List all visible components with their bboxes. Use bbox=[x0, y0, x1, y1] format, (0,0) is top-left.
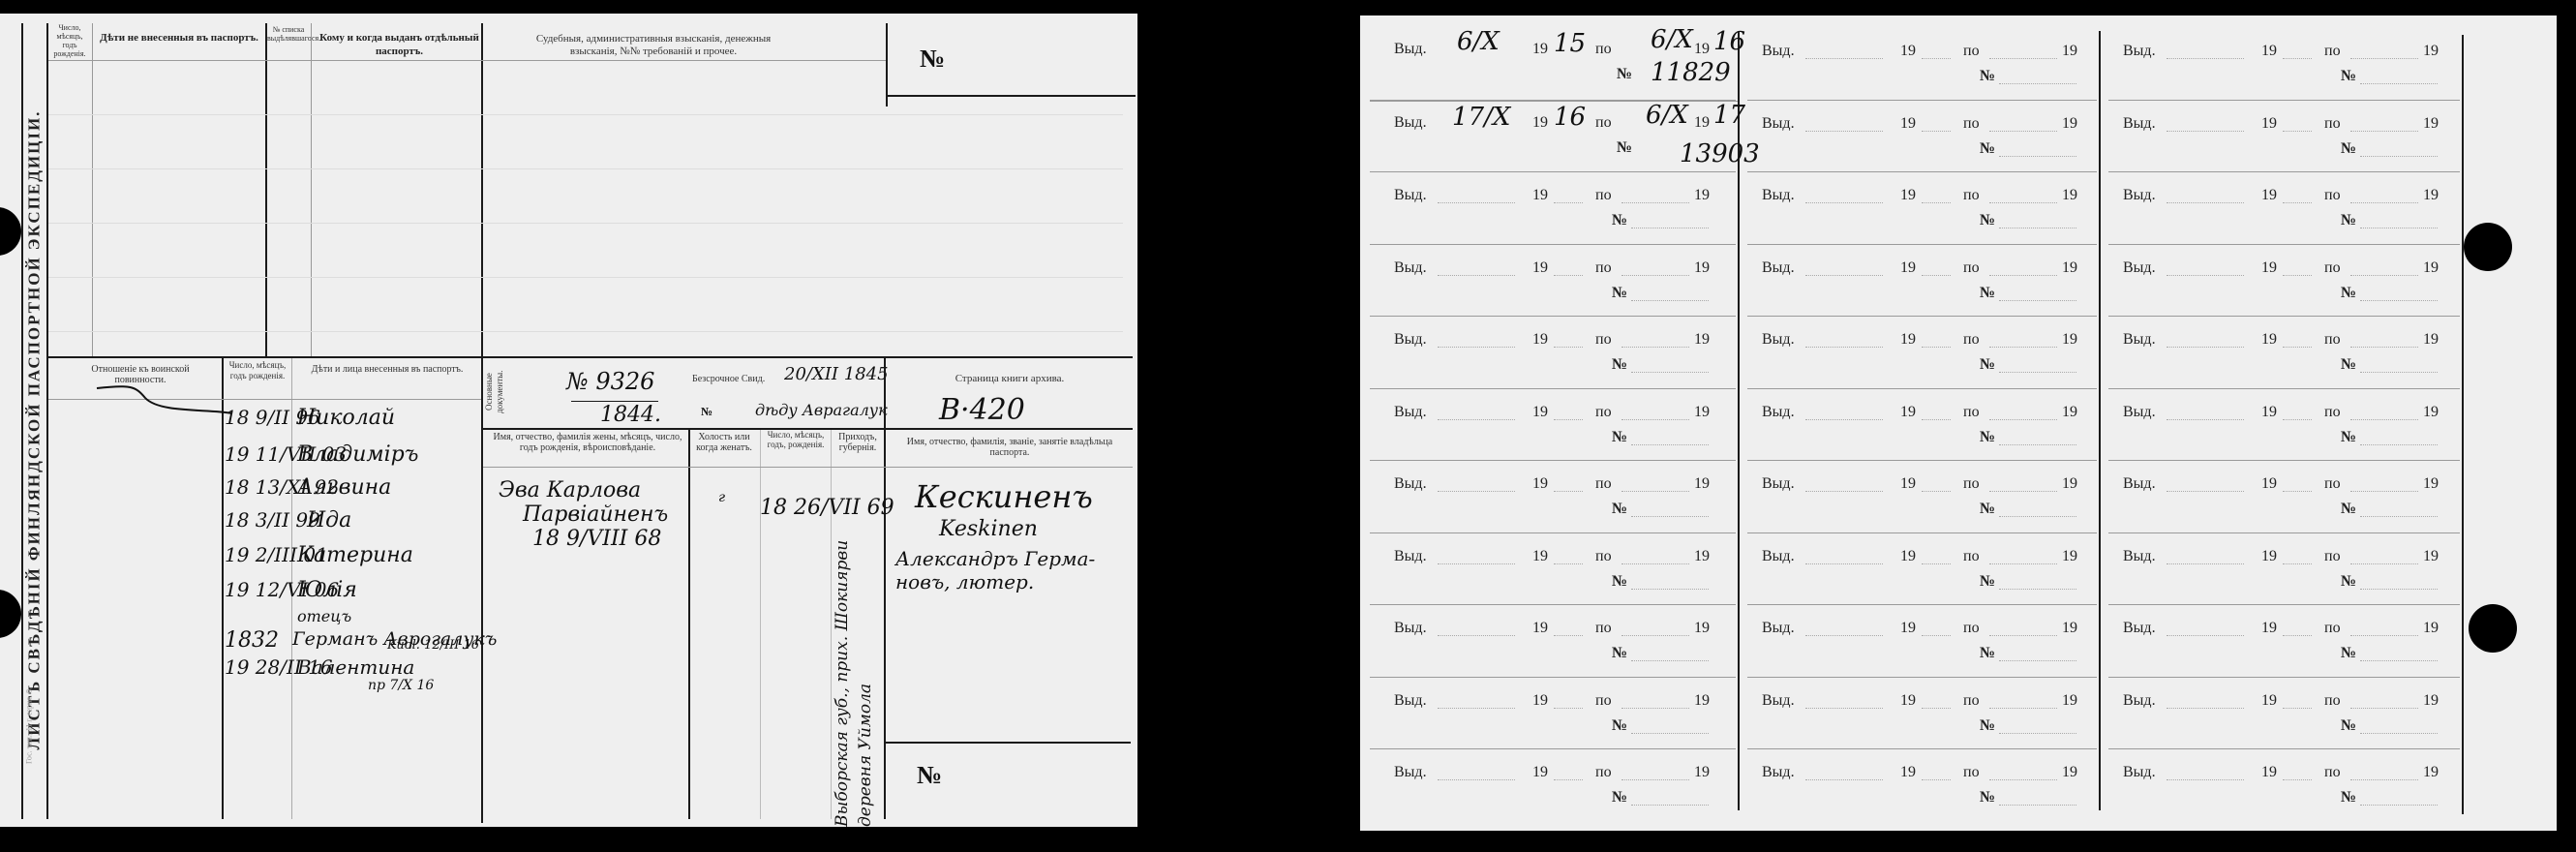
header-owner-birth: Число, мѣсяцъ, годъ, рожденія. bbox=[762, 430, 830, 449]
to-label: по bbox=[1963, 620, 1980, 637]
year-prefix: 19 bbox=[2423, 331, 2439, 349]
issuance-row: Выд. 17/X 19 16 по 6/X 19 17 № 13903 bbox=[1360, 101, 1738, 173]
issued-label: Выд. bbox=[2123, 331, 2156, 349]
issued-label: Выд. bbox=[1394, 475, 1427, 493]
header-parish: Приходъ, губернія. bbox=[833, 432, 883, 453]
year-prefix: 19 bbox=[2062, 548, 2077, 565]
doc-number: № 9326 bbox=[566, 368, 654, 395]
issuance-row: Выд. 19 по 19 № bbox=[2099, 102, 2462, 174]
child-row: 19 28/II 16 Валентина bbox=[225, 655, 486, 685]
year-prefix: 19 bbox=[2261, 548, 2277, 565]
number-label: № bbox=[2341, 429, 2356, 446]
issued-label: Выд. bbox=[1394, 620, 1427, 637]
to-label: по bbox=[1595, 475, 1612, 493]
year-prefix: 19 bbox=[2423, 475, 2439, 493]
issuance-row: Выд. 6/X 19 15 по 6/X 19 16 № 11829 bbox=[1360, 27, 1738, 100]
issued-label: Выд. bbox=[1762, 475, 1795, 493]
child-row: 18 13/XI 92 Альвина bbox=[225, 475, 486, 508]
year-prefix: 19 bbox=[1900, 331, 1916, 349]
year-prefix: 19 bbox=[2423, 548, 2439, 565]
year-prefix: 19 bbox=[1532, 620, 1548, 637]
to-label: по bbox=[1963, 115, 1980, 133]
military-arrow-stroke bbox=[92, 377, 237, 425]
year-prefix: 19 bbox=[2423, 115, 2439, 133]
to-label: по bbox=[1963, 475, 1980, 493]
punch-hole bbox=[2464, 223, 2512, 271]
issuance-row: Выд. 19 по 19 № bbox=[1738, 102, 2099, 174]
doc-year: 1844. bbox=[600, 403, 661, 427]
issued-label: Выд. bbox=[2123, 764, 2156, 781]
owner-bottom-line bbox=[884, 742, 1131, 744]
year-prefix: 19 bbox=[1694, 475, 1710, 493]
year-prefix: 19 bbox=[2423, 620, 2439, 637]
to-label: по bbox=[1595, 692, 1612, 710]
issuance-row: Выд. 19 по 19 № bbox=[1738, 318, 2099, 390]
issued-label: Выд. bbox=[1394, 404, 1427, 421]
year-prefix: 19 bbox=[2062, 620, 2077, 637]
issued-label: Выд. bbox=[1394, 692, 1427, 710]
year-prefix: 19 bbox=[1694, 620, 1710, 637]
section-divider bbox=[46, 356, 1133, 358]
year-prefix: 19 bbox=[1532, 692, 1548, 710]
number-label: № bbox=[1980, 356, 1995, 374]
number-label: № bbox=[1980, 429, 1995, 446]
year-prefix: 19 bbox=[1532, 764, 1548, 781]
to-label: по bbox=[1595, 764, 1612, 781]
year-prefix: 19 bbox=[1900, 475, 1916, 493]
to-label: по bbox=[1595, 620, 1612, 637]
year-prefix: 19 bbox=[2062, 331, 2077, 349]
issued-label: Выд. bbox=[2123, 475, 2156, 493]
perpetual-label: Безсрочное Свид. bbox=[692, 374, 765, 384]
issuance-row: Выд. 19 по 19 № bbox=[2099, 29, 2462, 102]
to-label: по bbox=[2324, 692, 2341, 710]
owner-entry: Кескиненъ Keskinen Александръ Герма- нов… bbox=[895, 478, 1095, 593]
year-prefix: 19 bbox=[1900, 115, 1916, 133]
child-row: 19 12/VI 06 Юлія bbox=[225, 578, 486, 607]
right-card: Выд. 6/X 19 15 по 6/X 19 16 № 11829 Выд.… bbox=[1360, 15, 2557, 831]
issued-label: Выд. bbox=[1762, 187, 1795, 204]
wife-entry: Эва Карлова Парвіайненъ 18 9/VIII 68 bbox=[499, 478, 668, 551]
to-label: по bbox=[1963, 259, 1980, 277]
year-prefix: 19 bbox=[2062, 764, 2077, 781]
to-label: по bbox=[1963, 764, 1980, 781]
year-prefix: 19 bbox=[1900, 548, 1916, 565]
number-label: № bbox=[2341, 501, 2356, 518]
issued-label: Выд. bbox=[2123, 404, 2156, 421]
number-label: № bbox=[2341, 356, 2356, 374]
issued-label: Выд. bbox=[2123, 115, 2156, 133]
issuance-row: Выд. 19 по 19 № bbox=[1738, 606, 2099, 679]
header-children-entered: Дѣти и лица внесенныя въ паспортъ. bbox=[295, 364, 479, 375]
issued-label: Выд. bbox=[1762, 43, 1795, 60]
single-married-value: г bbox=[718, 490, 725, 505]
number-label: № bbox=[2341, 140, 2356, 158]
header-base-documents: Основные документы. bbox=[484, 364, 505, 420]
issuance-row: Выд. 19 по 19 № bbox=[1360, 390, 1738, 463]
number-label: № bbox=[1612, 501, 1627, 518]
year-prefix: 19 bbox=[2062, 475, 2077, 493]
issuance-row: Выд. 19 по 19 № bbox=[2099, 462, 2462, 534]
year-prefix: 19 bbox=[2261, 764, 2277, 781]
year-prefix: 19 bbox=[1532, 259, 1548, 277]
to-label: по bbox=[2324, 620, 2341, 637]
to-label: по bbox=[1963, 43, 1980, 60]
number-label: № bbox=[1980, 212, 1995, 229]
year-prefix: 19 bbox=[2261, 187, 2277, 204]
year-prefix: 19 bbox=[2062, 187, 2077, 204]
issuance-row: Выд. 19 по 19 № bbox=[1738, 390, 2099, 463]
issuance-row: Выд. 19 по 19 № bbox=[1360, 679, 1738, 751]
number-label: № bbox=[2341, 573, 2356, 591]
number-label: № bbox=[1612, 645, 1627, 662]
issued-label: Выд. bbox=[1394, 187, 1427, 204]
year-prefix: 19 bbox=[2423, 404, 2439, 421]
year-prefix: 19 bbox=[1532, 187, 1548, 204]
vertical-title: ЛИСТЪ СВѢДѢНІЙ ФИНЛЯНДСКОЙ ПАСПОРТНОЙ ЭК… bbox=[21, 120, 46, 740]
number-label: № bbox=[1980, 645, 1995, 662]
issuance-row: Выд. 19 по 19 № bbox=[2099, 390, 2462, 463]
left-card: ЛИСТЪ СВѢДѢНІЙ ФИНЛЯНДСКОЙ ПАСПОРТНОЙ ЭК… bbox=[0, 14, 1137, 827]
punch-hole bbox=[0, 207, 21, 256]
issued-label: Выд. bbox=[2123, 692, 2156, 710]
year-prefix: 19 bbox=[2423, 692, 2439, 710]
header-penalties: Судебныя, административныя взысканія, де… bbox=[523, 33, 784, 58]
year-prefix: 19 bbox=[1532, 548, 1548, 565]
number-label: № bbox=[1980, 717, 1995, 735]
to-label: по bbox=[2324, 404, 2341, 421]
number-label: № bbox=[1612, 429, 1627, 446]
issuance-row: Выд. 19 по 19 № bbox=[1738, 679, 2099, 751]
number-label: № bbox=[2341, 645, 2356, 662]
year-prefix: 19 bbox=[2423, 764, 2439, 781]
number-label: № bbox=[1612, 212, 1627, 229]
issuance-row: Выд. 19 по 19 № bbox=[2099, 606, 2462, 679]
to-label: по bbox=[1963, 548, 1980, 565]
number-label: № bbox=[1980, 501, 1995, 518]
to-label: по bbox=[1595, 404, 1612, 421]
header-birth-date: Число, мѣсяцъ, годъ рожденія. bbox=[48, 23, 91, 58]
header-owner: Имя, отчество, фамилія, званіе, занятіе … bbox=[889, 437, 1131, 458]
year-prefix: 19 bbox=[1900, 692, 1916, 710]
header-list-number: № списка выдѣлявшагося. bbox=[267, 25, 310, 43]
number-label: № bbox=[1980, 573, 1995, 591]
issued-label: Выд. bbox=[2123, 259, 2156, 277]
header-wife: Имя, отчество, фамилія жены, мѣсяцъ, чис… bbox=[486, 432, 689, 453]
year-prefix: 19 bbox=[2062, 115, 2077, 133]
to-label: по bbox=[1595, 548, 1612, 565]
year-prefix: 19 bbox=[1694, 692, 1710, 710]
to-label: по bbox=[1595, 187, 1612, 204]
issued-label: Выд. bbox=[1394, 331, 1427, 349]
number-label: № bbox=[1612, 356, 1627, 374]
header-children-not-entered: Дѣти не внесенныя въ паспортъ. bbox=[97, 31, 261, 45]
issued-label: Выд. bbox=[2123, 187, 2156, 204]
year-prefix: 19 bbox=[2261, 43, 2277, 60]
year-prefix: 19 bbox=[2062, 404, 2077, 421]
year-prefix: 19 bbox=[1900, 620, 1916, 637]
issued-label: Выд. bbox=[2123, 548, 2156, 565]
child-row: 18 3/II 99 Ида bbox=[225, 508, 486, 543]
year-prefix: 19 bbox=[1532, 475, 1548, 493]
to-label: по bbox=[2324, 187, 2341, 204]
punch-hole bbox=[0, 590, 21, 638]
issuance-row: Выд. 19 по 19 № bbox=[2099, 750, 2462, 823]
number-label: № bbox=[2341, 212, 2356, 229]
herman-note: Kuol. 12/III 16 bbox=[387, 638, 479, 653]
to-label: по bbox=[2324, 548, 2341, 565]
issued-label: Выд. bbox=[1762, 259, 1795, 277]
year-prefix: 19 bbox=[1694, 187, 1710, 204]
punch-hole bbox=[2469, 604, 2517, 653]
issuance-row: Выд. 19 по 19 № bbox=[2099, 246, 2462, 319]
year-prefix: 19 bbox=[2261, 620, 2277, 637]
number-label: № bbox=[2341, 789, 2356, 806]
issued-label: Выд. bbox=[1762, 548, 1795, 565]
to-label: по bbox=[2324, 764, 2341, 781]
year-prefix: 19 bbox=[1694, 404, 1710, 421]
issuance-row: Выд. 19 по 19 № bbox=[2099, 534, 2462, 607]
to-label: по bbox=[1595, 331, 1612, 349]
parish-value: Выборская губ., прих. Шокиярви деревня У… bbox=[831, 478, 881, 827]
to-label: по bbox=[1963, 187, 1980, 204]
to-label: по bbox=[2324, 475, 2341, 493]
left-border-line bbox=[46, 23, 48, 819]
number-label: № bbox=[1612, 573, 1627, 591]
issuance-row: Выд. 19 по 19 № bbox=[1738, 462, 2099, 534]
issuance-row: Выд. 19 по 19 № bbox=[1738, 29, 2099, 102]
child-row: отецъ bbox=[225, 607, 486, 628]
issued-label: Выд. bbox=[1762, 692, 1795, 710]
year-prefix: 19 bbox=[1900, 764, 1916, 781]
issued-label: Выд. bbox=[1762, 404, 1795, 421]
year-prefix: 19 bbox=[2062, 43, 2077, 60]
valentina-note: пр 7/X 16 bbox=[368, 678, 434, 693]
number-label: № bbox=[2341, 68, 2356, 85]
to-label: по bbox=[2324, 115, 2341, 133]
to-label: по bbox=[1963, 331, 1980, 349]
number-label: № bbox=[1612, 789, 1627, 806]
printer-note: Гос. тип., 11 г. серия. 8. bbox=[24, 687, 35, 765]
header-single-married: Холость или когда женатъ. bbox=[690, 432, 758, 453]
issued-label: Выд. bbox=[1394, 548, 1427, 565]
issued-label: Выд. bbox=[1394, 259, 1427, 277]
header-archive-page: Страница книги архива. bbox=[889, 374, 1131, 384]
number-label: № bbox=[1612, 717, 1627, 735]
year-prefix: 19 bbox=[2261, 115, 2277, 133]
issuance-row: Выд. 19 по 19 № bbox=[1738, 750, 2099, 823]
perpetual-date: 20/XII 1845 bbox=[784, 364, 889, 384]
year-prefix: 19 bbox=[2261, 404, 2277, 421]
year-prefix: 19 bbox=[1900, 259, 1916, 277]
issued-label: Выд. bbox=[1762, 331, 1795, 349]
year-prefix: 19 bbox=[2062, 692, 2077, 710]
perpetual-number-label: № bbox=[701, 405, 712, 419]
to-label: по bbox=[1963, 404, 1980, 421]
issued-label: Выд. bbox=[1762, 115, 1795, 133]
to-label: по bbox=[1595, 259, 1612, 277]
number-box-bottom-line bbox=[886, 95, 1136, 97]
issuance-row: Выд. 19 по 19 № bbox=[1360, 462, 1738, 534]
number-label: № bbox=[2341, 285, 2356, 302]
issuance-row: Выд. 19 по 19 № bbox=[2099, 318, 2462, 390]
to-label: по bbox=[2324, 331, 2341, 349]
issuance-row: Выд. 19 по 19 № bbox=[1738, 173, 2099, 246]
to-label: по bbox=[2324, 259, 2341, 277]
issuance-row: Выд. 19 по 19 № bbox=[2099, 679, 2462, 751]
number-label: № bbox=[1980, 789, 1995, 806]
issuance-row: Выд. 19 по 19 № bbox=[1738, 246, 2099, 319]
to-label: по bbox=[1963, 692, 1980, 710]
number-label: № bbox=[2341, 717, 2356, 735]
year-prefix: 19 bbox=[2261, 259, 2277, 277]
year-prefix: 19 bbox=[2261, 331, 2277, 349]
issued-label: Выд. bbox=[1394, 764, 1427, 781]
issued-label: Выд. bbox=[2123, 43, 2156, 60]
issuance-row: Выд. 19 по 19 № bbox=[1360, 606, 1738, 679]
year-prefix: 19 bbox=[2261, 475, 2277, 493]
to-label: по bbox=[2324, 43, 2341, 60]
number-label: № bbox=[1980, 285, 1995, 302]
year-prefix: 19 bbox=[1694, 764, 1710, 781]
year-prefix: 19 bbox=[1900, 187, 1916, 204]
column-divider bbox=[2462, 35, 2464, 814]
bottom-number-sign: № bbox=[917, 761, 942, 790]
year-prefix: 19 bbox=[1900, 43, 1916, 60]
issued-label: Выд. bbox=[1762, 620, 1795, 637]
child-row: 19 2/III 01 Катерина bbox=[225, 543, 486, 578]
issuance-row: Выд. 19 по 19 № bbox=[1360, 534, 1738, 607]
perpetual-note: дѣду Аврагалук bbox=[755, 401, 888, 419]
year-prefix: 19 bbox=[1694, 548, 1710, 565]
number-label: № bbox=[1980, 140, 1995, 158]
number-label: № bbox=[1612, 285, 1627, 302]
child-row: 19 11/VII 03 Владиміръ bbox=[225, 442, 486, 475]
year-prefix: 19 bbox=[1532, 331, 1548, 349]
header-separate-passport: Кому и когда выданъ отдѣльный паспортъ. bbox=[315, 31, 484, 58]
year-prefix: 19 bbox=[2423, 259, 2439, 277]
top-number-sign: № bbox=[920, 45, 945, 74]
issuance-row: Выд. 19 по 19 № bbox=[1360, 318, 1738, 390]
year-prefix: 19 bbox=[1694, 259, 1710, 277]
archive-page-value: В·420 bbox=[939, 393, 1025, 427]
number-label: № bbox=[1980, 68, 1995, 85]
issued-label: Выд. bbox=[1762, 764, 1795, 781]
child-row: 18 9/II 96 Николай bbox=[225, 406, 486, 442]
issuance-row: Выд. 19 по 19 № bbox=[1738, 534, 2099, 607]
year-prefix: 19 bbox=[2062, 259, 2077, 277]
issued-label: Выд. bbox=[2123, 620, 2156, 637]
issuance-row: Выд. 19 по 19 № bbox=[2099, 173, 2462, 246]
issuance-row: Выд. 19 по 19 № bbox=[1360, 173, 1738, 246]
issuance-row: Выд. 19 по 19 № bbox=[1360, 246, 1738, 319]
year-prefix: 19 bbox=[2261, 692, 2277, 710]
year-prefix: 19 bbox=[1900, 404, 1916, 421]
year-prefix: 19 bbox=[2423, 187, 2439, 204]
issuance-row: Выд. 19 по 19 № bbox=[1360, 750, 1738, 823]
year-prefix: 19 bbox=[2423, 43, 2439, 60]
year-prefix: 19 bbox=[1694, 331, 1710, 349]
year-prefix: 19 bbox=[1532, 404, 1548, 421]
